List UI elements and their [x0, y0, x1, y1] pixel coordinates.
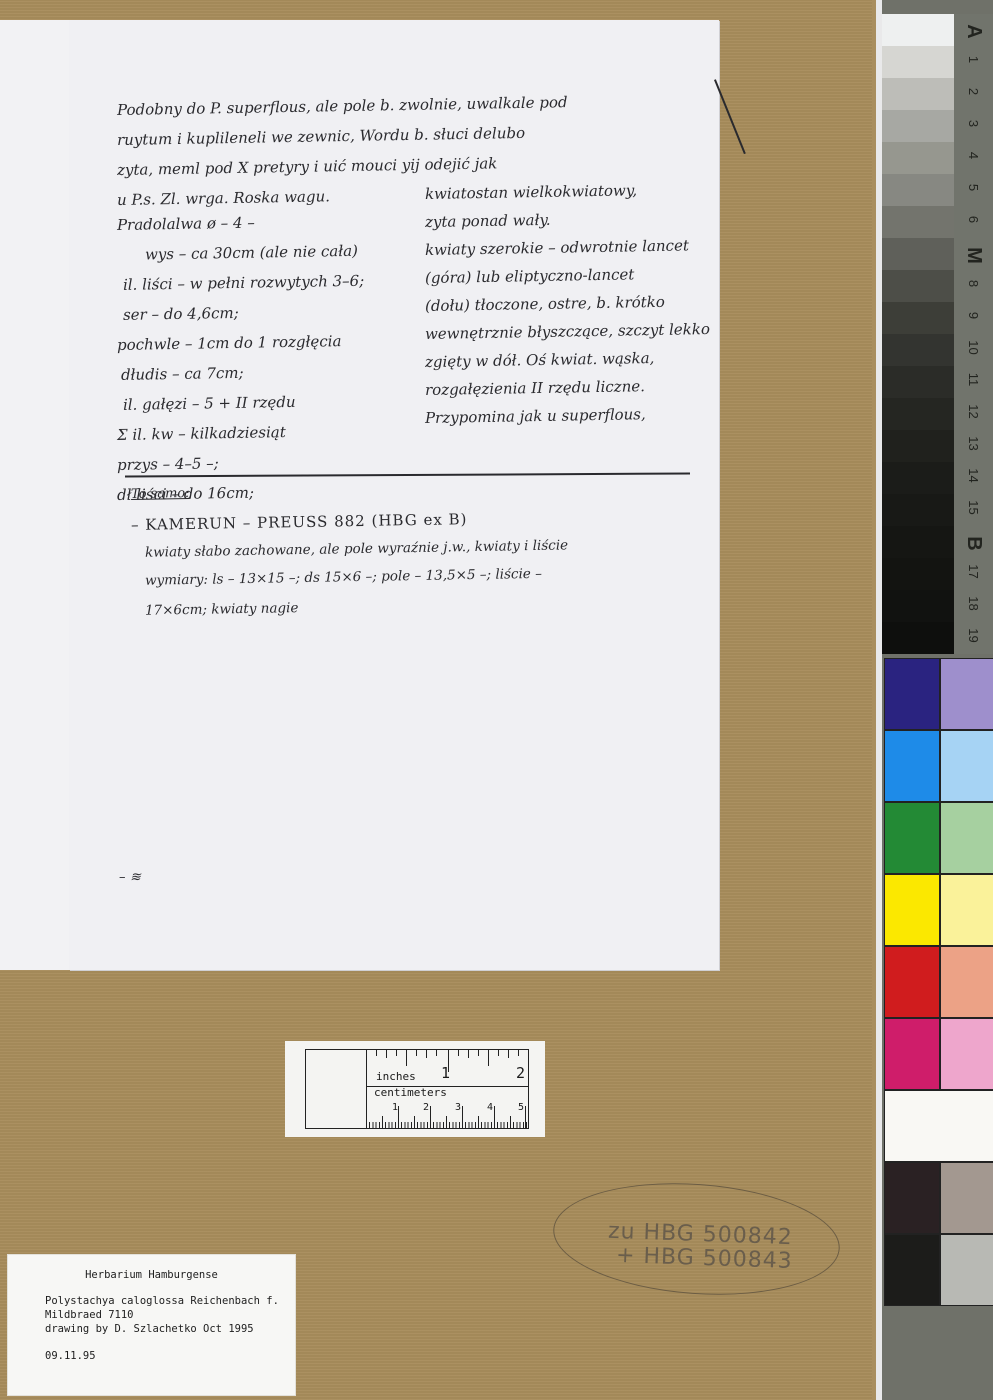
specimen-label: Herbarium Hamburgense Polystachya calogl… — [8, 1255, 295, 1395]
cm-mark: 2 — [423, 1102, 429, 1113]
note-line: ser – do 4,6cm; — [117, 296, 365, 330]
cm-mark: 3 — [455, 1102, 461, 1113]
note-line: wys – ca 30cm (ale nie cała) — [117, 236, 365, 270]
ruler-tick — [396, 1050, 397, 1056]
gray-patch — [882, 238, 954, 270]
gray-patch — [882, 270, 954, 302]
gray-scale-label: 19 — [966, 616, 981, 655]
black-dark-patch — [884, 1234, 940, 1306]
gray-patch — [882, 110, 954, 142]
cm-mark: 1 — [392, 1102, 398, 1113]
color-calibration-target: A123456M89101112131415B171819 — [872, 0, 993, 1400]
mm-ticks — [366, 1122, 528, 1128]
notes-right-column: kwiatostan wielkokwiatowy, zyta ponad wa… — [425, 180, 710, 432]
color-light-patch — [940, 1162, 993, 1234]
blue-dark-patch — [884, 658, 940, 730]
color-dark-patch — [884, 1162, 940, 1234]
cm-mark: 5 — [518, 1102, 524, 1113]
gray-patch — [882, 366, 954, 398]
gray-patch — [882, 78, 954, 110]
gray-patch — [882, 430, 954, 462]
note-line: dłudis – ca 7cm; — [117, 356, 365, 390]
note-line: 17×6cm; kwiaty nagie — [131, 588, 569, 626]
gray-patch — [882, 398, 954, 430]
white-patch — [884, 1090, 993, 1162]
gray-patch — [882, 334, 954, 366]
green-light-patch — [940, 802, 993, 874]
yellow-light-patch — [940, 874, 993, 946]
collector: Mildbraed 7110 — [45, 1309, 134, 1321]
taxon-name: Polystachya caloglossa Reichenbach f. — [45, 1295, 279, 1307]
notes-page: Podobny do P. superflous, ale pole b. zw… — [69, 20, 719, 970]
black-light-patch — [940, 1234, 993, 1306]
gray-patch — [882, 46, 954, 78]
red-light-patch — [940, 946, 993, 1018]
margin-mark: – ≋ — [119, 870, 141, 885]
gray-patch — [882, 526, 954, 558]
green-dark-patch — [884, 802, 940, 874]
gray-patch — [882, 174, 954, 206]
gray-patch — [882, 14, 954, 46]
ruler-tick — [426, 1050, 427, 1058]
ruler-tick — [468, 1050, 469, 1058]
notes-left-column: Pradolalwa ø – 4 – wys – ca 30cm (ale ni… — [117, 210, 364, 510]
institution-name: Herbarium Hamburgense — [8, 1269, 295, 1281]
gray-patch — [882, 622, 954, 654]
gray-patch — [882, 558, 954, 590]
note-line: il. liści – w pełni rozwytych 3–6; — [117, 266, 365, 300]
note-line: Σ il. kw – kilkadziesiąt — [117, 416, 365, 450]
ruler-tick — [488, 1050, 489, 1066]
cyan-dark-patch — [884, 730, 940, 802]
note-line: Pradolalwa ø – 4 – — [117, 206, 365, 240]
magenta-light-patch — [940, 1018, 993, 1090]
notes-second-section: To samo: – KAMERUN – PREUSS 882 (HBG ex … — [131, 480, 568, 626]
ruler-blank-area — [306, 1050, 367, 1128]
gray-patch — [882, 494, 954, 526]
gray-patch — [882, 462, 954, 494]
note-line: pochwle – 1cm do 1 rozgłęcia — [117, 326, 365, 360]
underlying-paper-sheet — [0, 20, 70, 970]
ruler-tick — [406, 1050, 407, 1066]
ruler-tick — [498, 1050, 499, 1056]
ruler-tick — [458, 1050, 459, 1056]
ruler-tick — [386, 1050, 387, 1058]
ruler-body: inches 1 2 centimeters 1 2 3 4 5 — [305, 1049, 529, 1129]
yellow-dark-patch — [884, 874, 940, 946]
ruler-tick — [508, 1050, 509, 1058]
inch-mark: 2 — [516, 1064, 525, 1082]
cyan-light-patch — [940, 730, 993, 802]
note-line: Przypomina jak u superflous, — [425, 399, 710, 432]
gray-scale-label: 6 — [966, 200, 981, 239]
red-dark-patch — [884, 946, 940, 1018]
gray-patch — [882, 142, 954, 174]
ruler-tick — [518, 1050, 519, 1056]
gray-patch — [882, 206, 954, 238]
ruler-tick — [436, 1050, 437, 1056]
ruler-tick — [416, 1050, 417, 1056]
centimeters-label: centimeters — [374, 1086, 447, 1099]
gray-scale-number-panel: A123456M89101112131415B171819 — [954, 14, 993, 654]
inch-mark: 1 — [441, 1064, 450, 1082]
ruler-tick — [376, 1050, 377, 1056]
inches-label: inches — [376, 1070, 416, 1083]
gray-patch — [882, 590, 954, 622]
drawing-note: drawing by D. Szlachetko Oct 1995 — [45, 1323, 254, 1335]
scale-ruler: inches 1 2 centimeters 1 2 3 4 5 — [285, 1041, 545, 1137]
gray-scale-label: 15 — [966, 488, 981, 527]
magenta-dark-patch — [884, 1018, 940, 1090]
blue-light-patch — [940, 658, 993, 730]
note-line: il. gałęzi – 5 + II rzędu — [117, 386, 365, 420]
cm-mark: 4 — [487, 1102, 493, 1113]
label-date: 09.11.95 — [45, 1350, 96, 1362]
ruler-tick — [478, 1050, 479, 1056]
gray-patch — [882, 302, 954, 334]
